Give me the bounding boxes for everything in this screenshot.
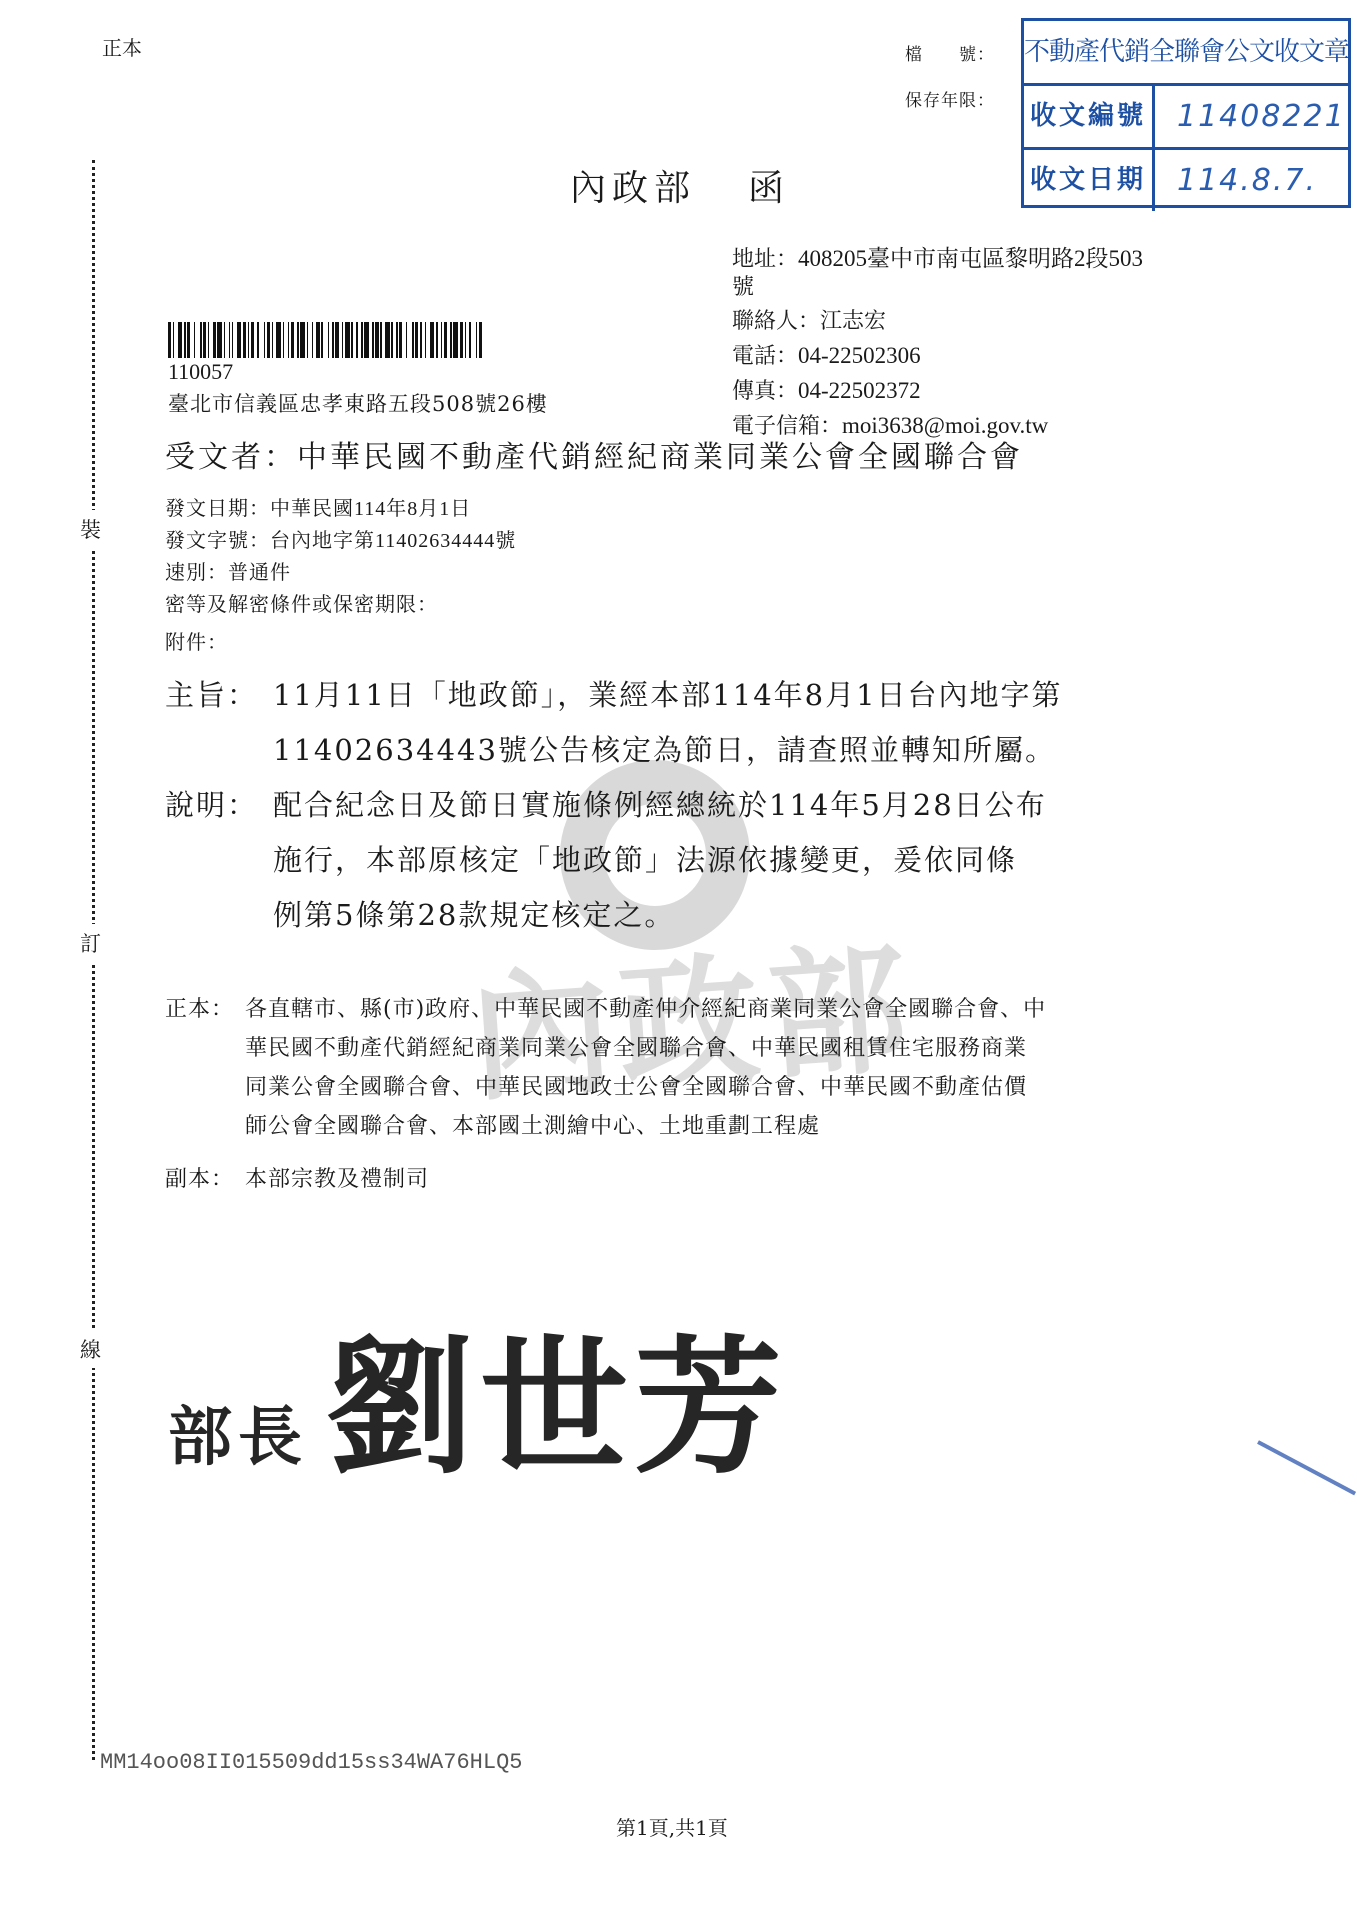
- copy-label: 正本: [102, 32, 142, 61]
- sender-address: 地址：408205臺中市南屯區黎明路2段503: [732, 242, 1143, 277]
- stamp-key: 收文編號: [1024, 86, 1155, 147]
- recipient-line: 受文者：中華民國不動產代銷經紀商業同業公會全國聯合會: [165, 432, 1023, 476]
- recipient-address: 臺北市信義區忠孝東路五段508號26樓: [168, 388, 548, 418]
- issue-date: 發文日期：中華民國114年8月1日: [165, 492, 471, 521]
- explanation-section: 說明：配合紀念日及節日實施條例經總統於114年5月28日公布 施行，本部原核定「…: [165, 778, 1047, 943]
- binding-char-zhuang: 裝: [80, 510, 101, 548]
- explanation-line-2: 施行，本部原核定「地政節」法源依據變更，爰依同條: [165, 833, 1047, 888]
- sender-info: 地址：408205臺中市南屯區黎明路2段503 號 聯絡人：江志宏 電話：04-…: [732, 242, 1143, 444]
- page-number: 第1頁,共1頁: [616, 1812, 728, 1841]
- binding-char-ding: 訂: [80, 924, 101, 962]
- stamp-value-handwritten: 114.8.7.: [1155, 150, 1348, 211]
- subject-section: 主旨：11月11日「地政節」，業經本部114年8月1日台內地字第 1140263…: [165, 668, 1063, 778]
- sender-contact: 聯絡人：江志宏: [732, 305, 1143, 339]
- issuing-agency: 內政部: [570, 168, 696, 209]
- stamp-row-receipt-date: 收文日期 114.8.7.: [1024, 147, 1348, 211]
- stamp-key: 收文日期: [1024, 150, 1155, 211]
- binding-char-xian: 線: [80, 1330, 101, 1368]
- stamp-value-handwritten: 11408221: [1155, 86, 1348, 147]
- explanation-line-1: 說明：配合紀念日及節日實施條例經總統於114年5月28日公布: [165, 778, 1047, 833]
- attachments: 附件：: [165, 626, 228, 655]
- receipt-stamp: 不動產代銷全聯會公文收文章 收文編號 11408221 收文日期 114.8.7…: [1021, 18, 1351, 208]
- signature-title: 部長: [168, 1400, 308, 1475]
- document-title: 內政部函: [570, 160, 790, 211]
- sender-phone: 電話：04-22502306: [732, 339, 1143, 374]
- pen-mark: [1257, 1440, 1356, 1495]
- document-type: 函: [748, 168, 790, 209]
- subject-line-1: 主旨：11月11日「地政節」，業經本部114年8月1日台內地字第: [165, 668, 1063, 723]
- sender-fax: 傳真：04-22502372: [732, 374, 1143, 409]
- document-serial-code: MM14oo08II015509dd15ss34WA76HLQ5: [100, 1750, 522, 1775]
- minister-signature: 部長劉世芳: [168, 1290, 788, 1502]
- signature-name: 劉世芳: [326, 1320, 788, 1494]
- original-label: 正本：: [165, 990, 245, 1029]
- delivery-speed: 速別：普通件: [165, 556, 291, 585]
- retention-period-label: 保存年限：: [905, 86, 995, 111]
- reference-number: 發文字號：台內地字第11402634444號: [165, 524, 516, 553]
- copy-label: 副本：: [165, 1160, 245, 1199]
- postal-barcode: [168, 322, 660, 358]
- file-number-label: 檔 號：: [905, 40, 995, 65]
- explanation-line-3: 例第5條第28款規定核定之。: [165, 888, 1047, 943]
- stamp-row-receipt-number: 收文編號 11408221: [1024, 86, 1348, 147]
- classification: 密等及解密條件或保密期限：: [165, 588, 438, 617]
- stamp-title: 不動產代銷全聯會公文收文章: [1024, 21, 1348, 86]
- recipient-label: 受文者：: [165, 440, 297, 475]
- recipient-name: 中華民國不動產代銷經紀商業同業公會全國聯合會: [297, 440, 1023, 475]
- original-recipients: 正本：各直轄市、縣(市)政府、中華民國不動產仲介經紀商業同業公會全國聯合會、中 …: [165, 990, 1195, 1146]
- postal-code: 110057: [168, 359, 233, 385]
- copy-recipients: 副本：本部宗教及禮制司: [165, 1160, 1195, 1199]
- subject-line-2: 11402634443號公告核定為節日，請查照並轉知所屬。: [165, 723, 1063, 778]
